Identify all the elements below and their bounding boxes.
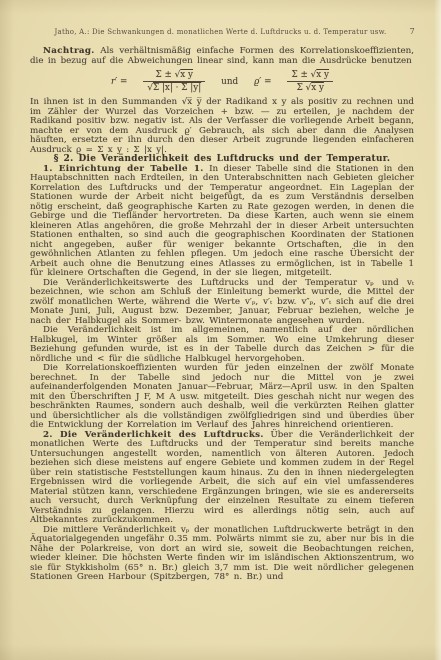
page-content: Nachtrag. Als verhältnismäßig einfache F… xyxy=(0,36,441,583)
formula-r-den-radicand: Σ |x| · Σ |y| xyxy=(153,83,201,93)
formula-rho-numerator: Σ ± √x y xyxy=(287,70,333,82)
paragraph-winter-sommer: Die Veränderlichkeit ist im allgemeinen,… xyxy=(30,326,414,364)
paragraph-veraenderlichkeitswerte: Die Veränderlichkeitswerte des Luftdruck… xyxy=(30,279,414,327)
formula-rho-den-radicand: x y xyxy=(311,83,324,93)
formula-r-numerator: Σ ± √x y xyxy=(143,70,205,82)
formula-rho-den-prefix: Σ √ xyxy=(297,83,312,93)
formula-rho-num-prefix: Σ ± √ xyxy=(291,70,316,80)
formula-rho-num-radicand: x y xyxy=(316,70,329,80)
formula-r-denominator: √Σ |x| · Σ |y| xyxy=(143,82,205,93)
formula-rho-fraction: Σ ± √x y Σ √x y xyxy=(287,70,333,93)
page-number: 7 xyxy=(397,27,415,36)
paragraph-intro: In ihnen ist in den Summanden √x̅ y̅ der… xyxy=(30,98,414,155)
scanned-journal-page: Jatho, A.: Die Schwankungen d. monatlich… xyxy=(0,0,441,660)
formula-r-num-prefix: Σ ± √ xyxy=(155,70,180,80)
formula-block: r′ = Σ ± √x y √Σ |x| · Σ |y| und ϱ′ = Σ … xyxy=(30,70,414,93)
paragraph-text: Über die Veränderlichkeit der monatliche… xyxy=(30,430,414,526)
nachtrag-lead: Nachtrag. xyxy=(43,46,95,56)
formula-r-fraction: Σ ± √x y √Σ |x| · Σ |y| xyxy=(143,70,205,93)
formula-r-lhs: r′ = xyxy=(111,77,127,87)
paragraph-lead: 2. Die Veränderlichkeit des Luftdrucks. xyxy=(43,430,264,440)
formula-rho-lhs: ϱ′ = xyxy=(254,77,271,87)
running-title: Jatho, A.: Die Schwankungen d. monatlich… xyxy=(44,28,397,36)
formula-conjunction: und xyxy=(221,77,238,87)
formula-r-num-radicand: x y xyxy=(180,70,193,80)
page-header: Jatho, A.: Die Schwankungen d. monatlich… xyxy=(0,0,441,36)
paragraph-einrichtung: 1. Einrichtung der Tabelle 1. In dieser … xyxy=(30,165,414,279)
paragraph-korrelationskoeffizienten: Die Korrelationskoeffizienten wurden für… xyxy=(30,364,414,431)
paragraph-nachtrag: Nachtrag. Als verhältnismäßig einfache F… xyxy=(30,47,414,66)
paragraph-mittlere-veraenderlichkeit: Die mittlere Veränderlichkeit vₚ der mon… xyxy=(30,526,414,583)
formula-rho-denominator: Σ √x y xyxy=(287,82,333,93)
paragraph-text: In dieser Tabelle sind die Stationen in … xyxy=(30,164,414,279)
paragraph-veraenderlichkeit-luftdruck: 2. Die Veränderlichkeit des Luftdrucks. … xyxy=(30,431,414,526)
paragraph-lead: 1. Einrichtung der Tabelle 1. xyxy=(43,164,204,174)
